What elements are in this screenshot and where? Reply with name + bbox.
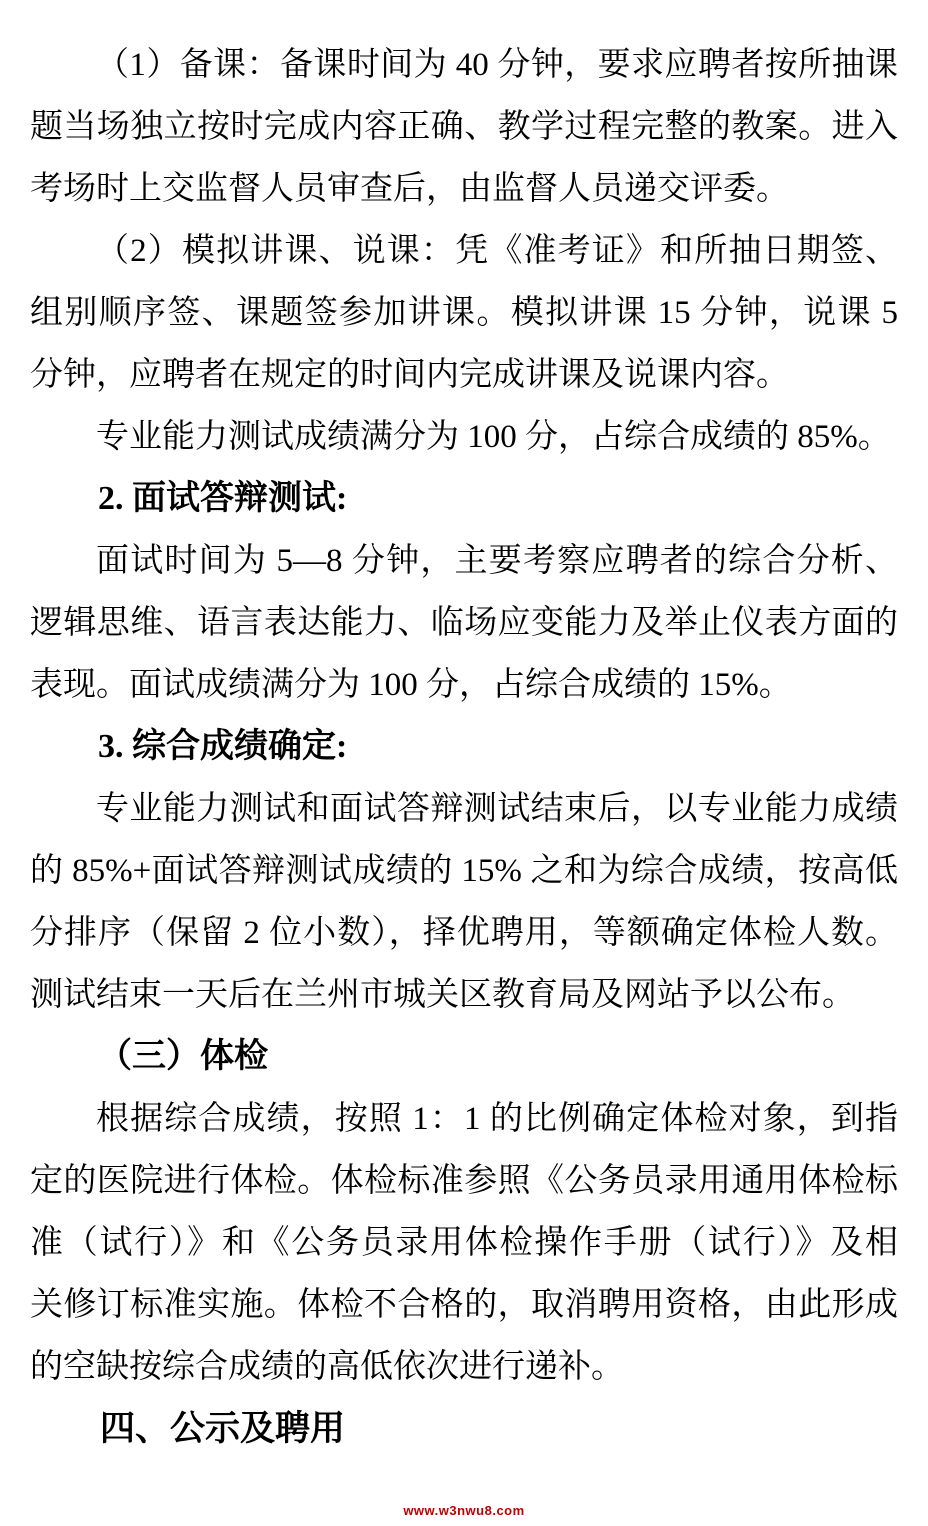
paragraph-interview-detail: 面试时间为 5—8 分钟，主要考察应聘者的综合分析、逻辑思维、语言表达能力、临场… <box>30 530 898 716</box>
document-page: （1）备课：备课时间为 40 分钟，要求应聘者按所抽课题当场独立按时完成内容正确… <box>0 0 928 1526</box>
text-line: 的空缺按综合成绩的高低依次进行递补。 <box>30 1336 898 1398</box>
text-line: 准（试行）》和《公务员录用体检操作手册（试行）》及相 <box>30 1212 898 1274</box>
text-line: 表现。面试成绩满分为 100 分，占综合成绩的 15%。 <box>30 654 898 716</box>
paragraph-composite-detail: 专业能力测试和面试答辩测试结束后，以专业能力成绩的 85%+面试答辩测试成绩的 … <box>30 778 898 1026</box>
document-content: （1）备课：备课时间为 40 分钟，要求应聘者按所抽课题当场独立按时完成内容正确… <box>0 0 928 1460</box>
text-line: 题当场独立按时完成内容正确、教学过程完整的教案。进入 <box>30 96 898 158</box>
heading-composite-score: 3. 综合成绩确定: <box>30 716 898 778</box>
heading-publicity-employment: 四、公示及聘用 <box>30 1398 898 1460</box>
watermark-text: www.w3nwu8.com <box>403 1503 524 1518</box>
text-line: 关修订标准实施。体检不合格的，取消聘用资格，由此形成 <box>30 1274 898 1336</box>
paragraph-physical-exam-detail: 根据综合成绩，按照 1：1 的比例确定体检对象，到指定的医院进行体检。体检标准参… <box>30 1088 898 1398</box>
text-line: 面试时间为 5—8 分钟，主要考察应聘者的综合分析、 <box>30 530 898 592</box>
text-line: 组别顺序签、课题签参加讲课。模拟讲课 15 分钟，说课 5 <box>30 282 898 344</box>
text-line: （2）模拟讲课、说课：凭《准考证》和所抽日期签、 <box>30 220 898 282</box>
text-line: 逻辑思维、语言表达能力、临场应变能力及举止仪表方面的 <box>30 592 898 654</box>
text-line: 3. 综合成绩确定: <box>30 716 898 778</box>
paragraph-prepare-lesson: （1）备课：备课时间为 40 分钟，要求应聘者按所抽课题当场独立按时完成内容正确… <box>30 34 898 220</box>
text-line: （1）备课：备课时间为 40 分钟，要求应聘者按所抽课 <box>30 34 898 96</box>
text-line: 的 85%+面试答辩测试成绩的 15% 之和为综合成绩，按高低 <box>30 840 898 902</box>
text-line: 四、公示及聘用 <box>30 1398 898 1460</box>
paragraph-mock-teaching: （2）模拟讲课、说课：凭《准考证》和所抽日期签、组别顺序签、课题签参加讲课。模拟… <box>30 220 898 406</box>
text-line: 考场时上交监督人员审查后，由监督人员递交评委。 <box>30 158 898 220</box>
text-line: 专业能力测试和面试答辩测试结束后，以专业能力成绩 <box>30 778 898 840</box>
text-line: 测试结束一天后在兰州市城关区教育局及网站予以公布。 <box>30 964 898 1026</box>
text-line: 定的医院进行体检。体检标准参照《公务员录用通用体检标 <box>30 1150 898 1212</box>
text-line: 根据综合成绩，按照 1：1 的比例确定体检对象，到指 <box>30 1088 898 1150</box>
heading-physical-exam: （三）体检 <box>30 1026 898 1088</box>
text-line: 专业能力测试成绩满分为 100 分，占综合成绩的 85%。 <box>30 406 898 468</box>
text-line: 分钟，应聘者在规定的时间内完成讲课及说课内容。 <box>30 344 898 406</box>
heading-interview-test: 2. 面试答辩测试: <box>30 468 898 530</box>
text-line: （三）体检 <box>30 1026 898 1088</box>
text-line: 2. 面试答辩测试: <box>30 468 898 530</box>
text-line: 分排序（保留 2 位小数），择优聘用，等额确定体检人数。 <box>30 902 898 964</box>
paragraph-professional-score: 专业能力测试成绩满分为 100 分，占综合成绩的 85%。 <box>30 406 898 468</box>
